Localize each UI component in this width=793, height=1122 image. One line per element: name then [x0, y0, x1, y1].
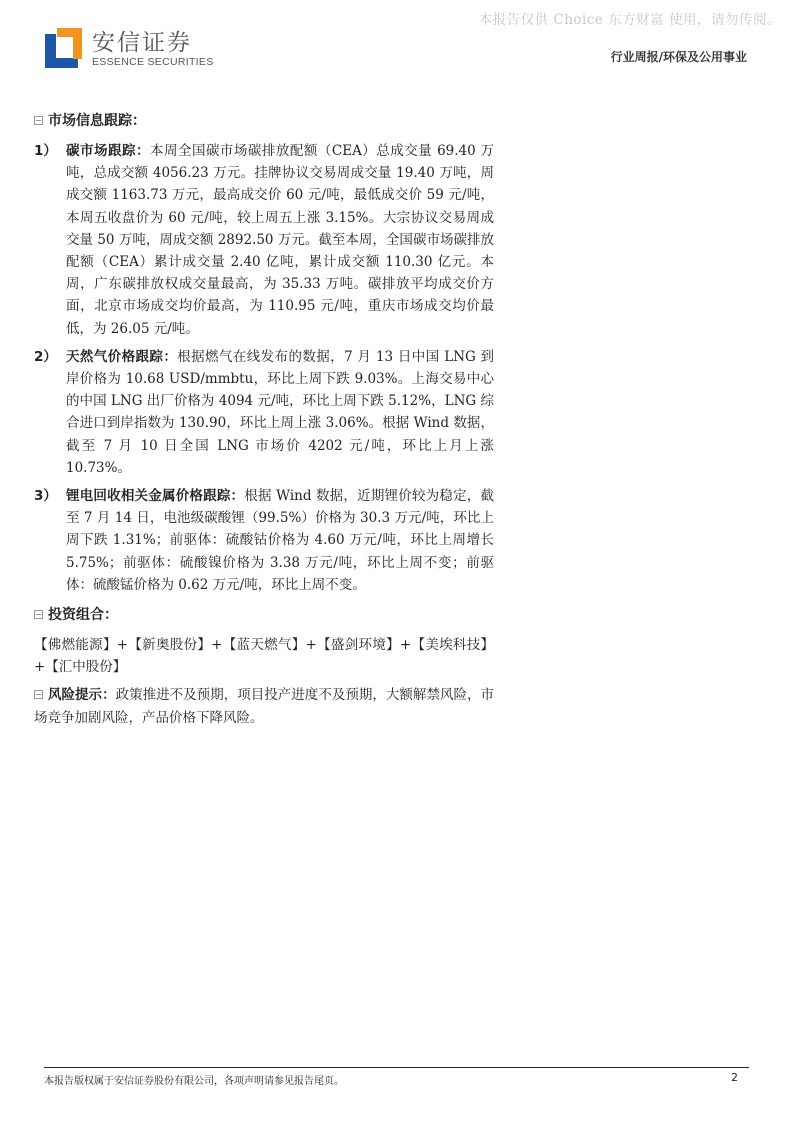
- market-item-carbon: 1） 碳市场跟踪：本周全国碳市场碳排放配额（CEA）总成交量 69.40 万吨，…: [34, 140, 494, 340]
- report-category: 行业周报/环保及公用事业: [611, 48, 747, 65]
- market-item-gas: 2） 天然气价格跟踪：根据燃气在线发布的数据，7 月 13 日中国 LNG 到岸…: [34, 346, 494, 479]
- item-number: 3）: [34, 485, 66, 596]
- footer-disclaimer: 本报告版权属于安信证券股份有限公司，各项声明请参见报告尾页。: [44, 1072, 344, 1087]
- item-heading: 天然气价格跟踪：: [66, 349, 177, 365]
- risk-warning: 风险提示：政策推进不及预期，项目投产进度不及预期，大额解禁风险，市场竞争加剧风险…: [34, 684, 494, 728]
- item-text: 根据燃气在线发布的数据，7 月 13 日中国 LNG 到岸价格为 10.68 U…: [66, 349, 494, 476]
- report-body: 市场信息跟踪： 1） 碳市场跟踪：本周全国碳市场碳排放配额（CEA）总成交量 6…: [34, 110, 494, 735]
- item-heading: 碳市场跟踪：: [66, 143, 150, 159]
- watermark: 本报告仅供 Choice 东方财富 使用，请勿传阅。: [479, 8, 781, 28]
- portfolio-list: 【佛燃能源】+【新奥股份】+【蓝天燃气】+【盛剑环境】+【美埃科技】+【汇中股份…: [34, 634, 494, 678]
- item-number: 1）: [34, 140, 66, 340]
- item-heading: 锂电回收相关金属价格跟踪：: [66, 488, 244, 504]
- company-logo: 安信证券 ESSENCE SECURITIES: [43, 28, 214, 70]
- item-number: 2）: [34, 346, 66, 479]
- footer-divider: [44, 1067, 749, 1068]
- section-bullet-icon: [34, 116, 43, 125]
- market-item-lithium: 3） 锂电回收相关金属价格跟踪：根据 Wind 数据，近期锂价较为稳定，截至 7…: [34, 485, 494, 596]
- section-bullet-icon: [34, 610, 43, 619]
- page-number: 2: [731, 1071, 738, 1084]
- item-text: 本周全国碳市场碳排放配额（CEA）总成交量 69.40 万吨，总成交额 4056…: [66, 143, 494, 337]
- portfolio-section-title: 投资组合：: [34, 604, 494, 624]
- market-section-title: 市场信息跟踪：: [34, 110, 494, 130]
- risk-title: 风险提示：: [48, 687, 116, 703]
- logo-mark-icon: [43, 28, 83, 70]
- logo-english-name: ESSENCE SECURITIES: [92, 56, 214, 68]
- logo-chinese-name: 安信证券: [92, 30, 214, 56]
- section-bullet-icon: [34, 690, 43, 699]
